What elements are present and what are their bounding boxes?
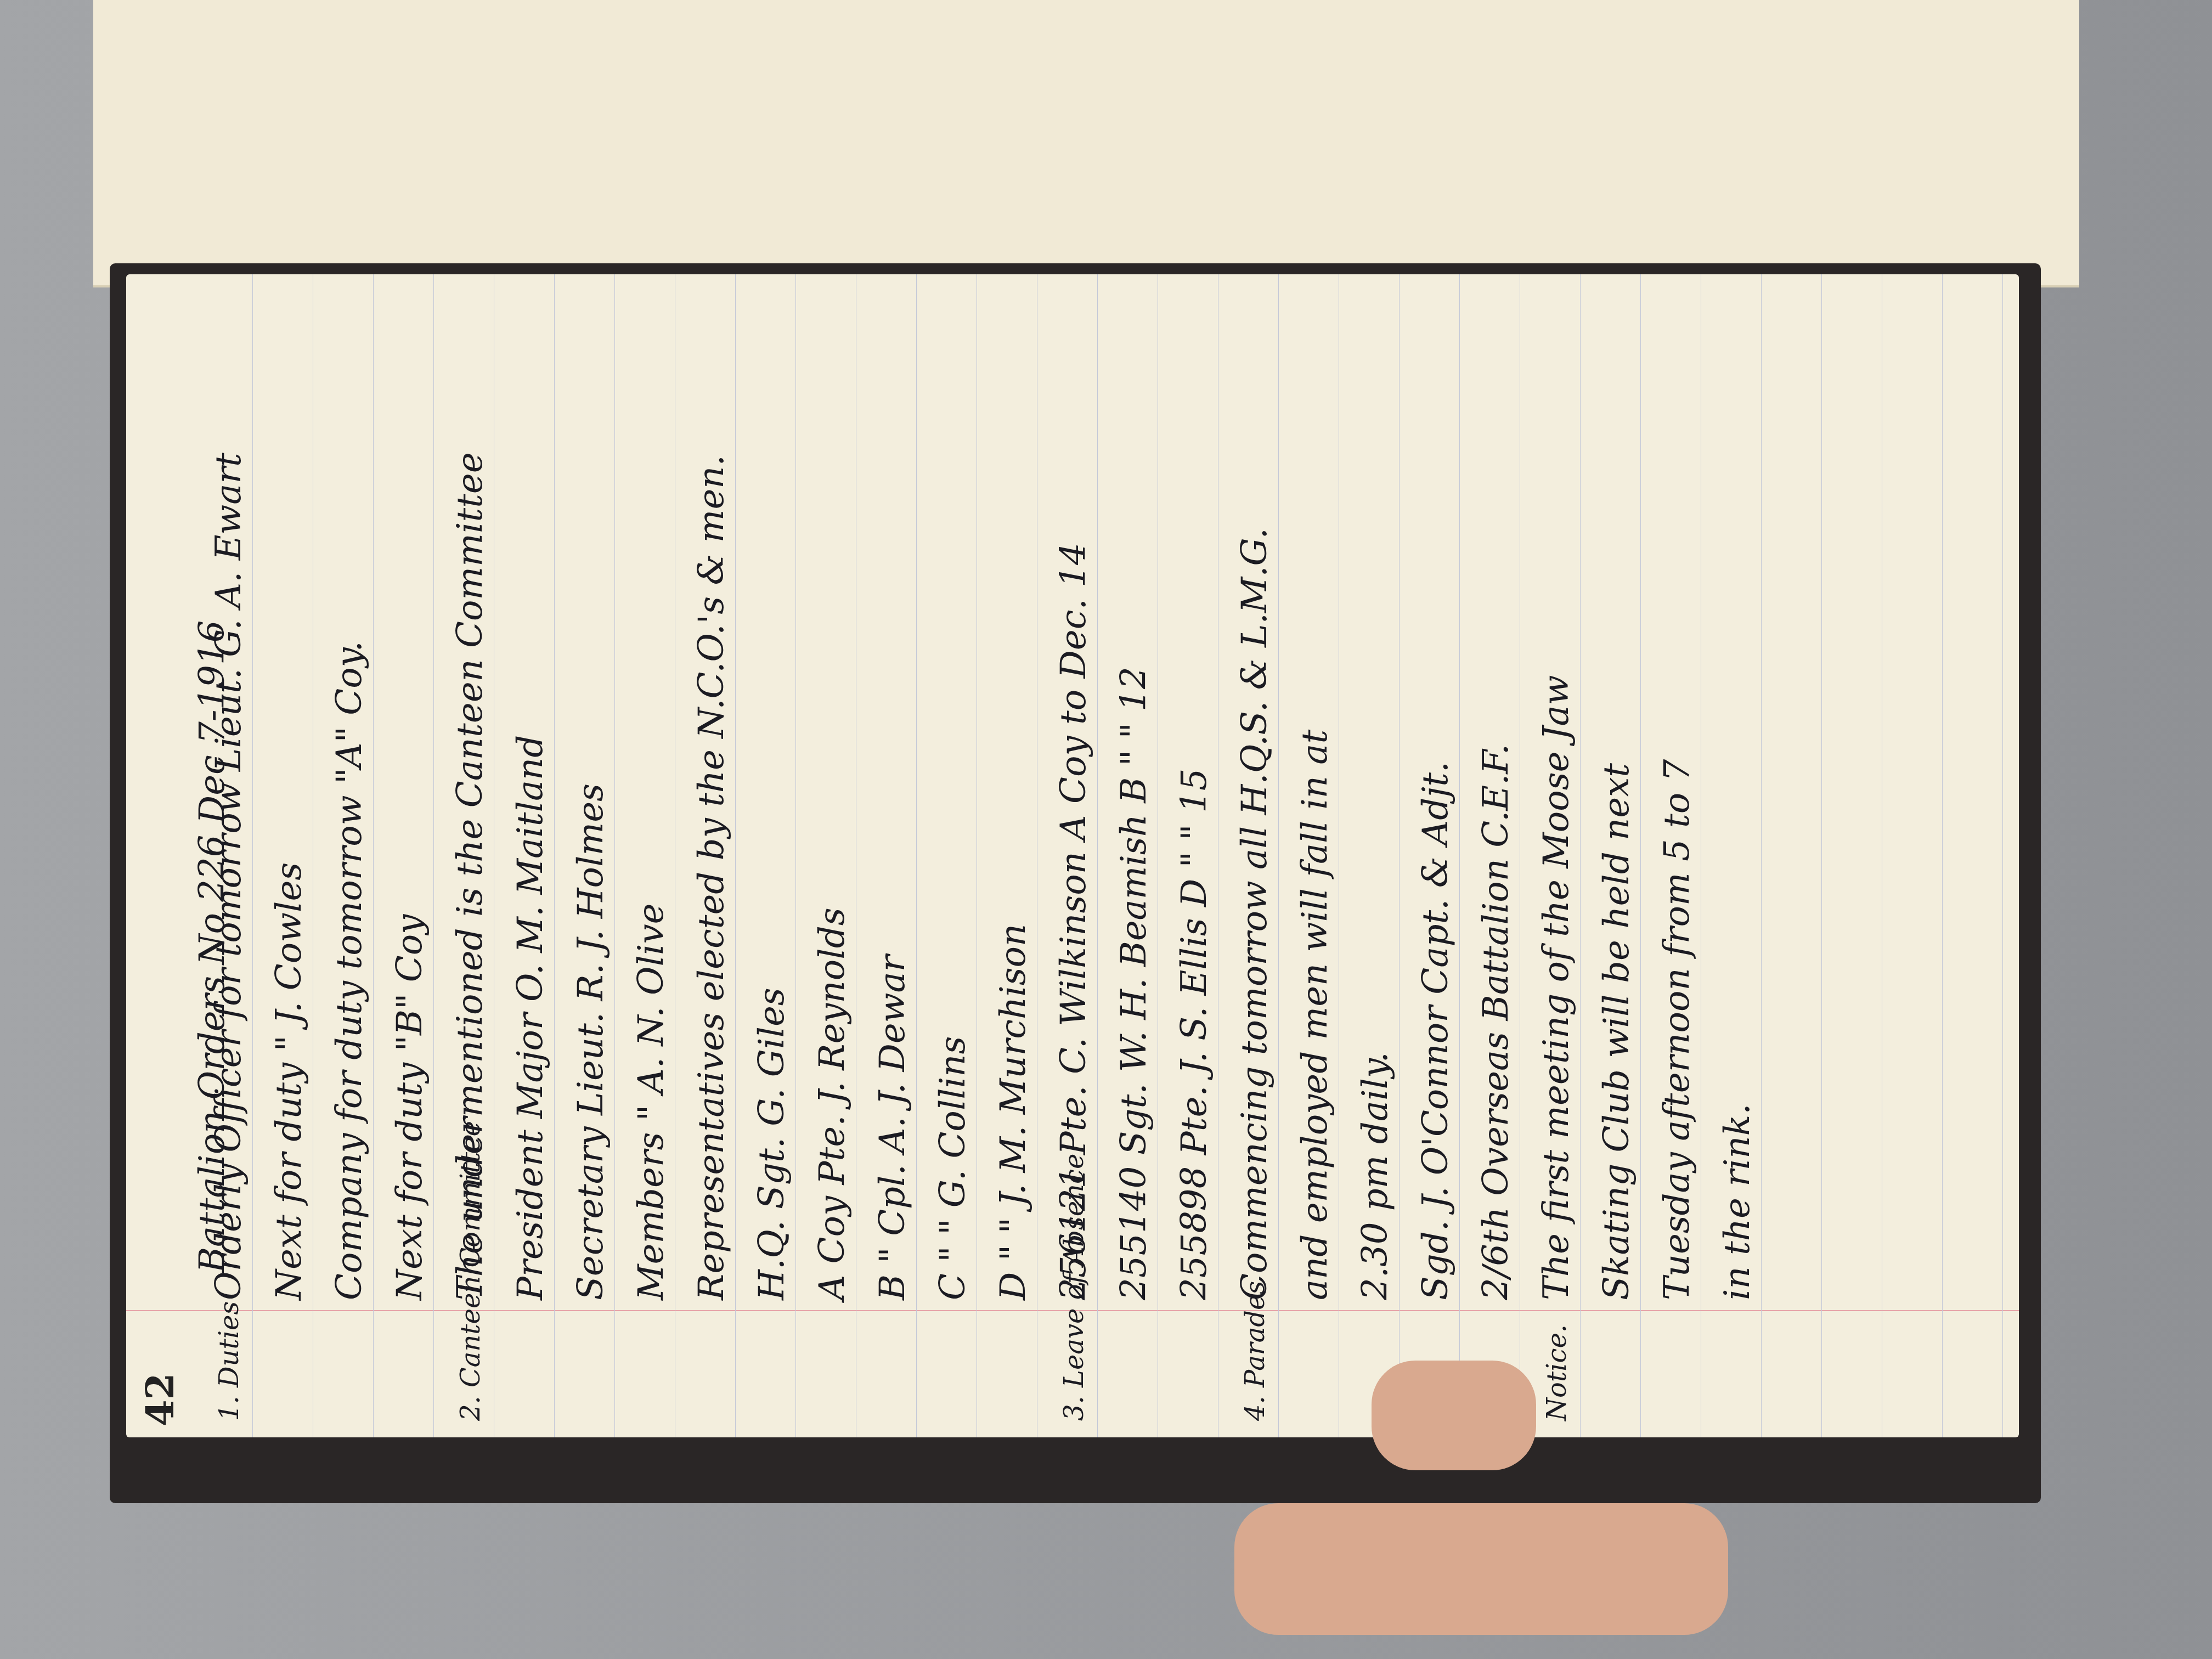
ruled-line xyxy=(675,274,675,1437)
handwritten-line: C " " G. Collins xyxy=(933,1036,973,1300)
ruled-line xyxy=(977,274,977,1437)
ruled-line xyxy=(1701,274,1701,1437)
ruled-line xyxy=(1821,274,1822,1437)
handwritten-line: Company for duty tomorrow "A" Coy. xyxy=(329,641,370,1300)
ruled-line xyxy=(1158,274,1158,1437)
ruled-line xyxy=(1761,274,1762,1437)
ruled-line xyxy=(1942,274,1943,1437)
handwritten-line: in the rink. xyxy=(1717,1103,1758,1300)
handwritten-line: Commencing tomorrow all H.Q.S. & L.M.G. xyxy=(1234,528,1275,1300)
section-label: Notice. xyxy=(1542,1324,1572,1421)
page-number: 42 xyxy=(137,1373,183,1426)
ruled-line xyxy=(1218,274,1218,1437)
ruled-line xyxy=(433,274,434,1437)
section-label: 4. Parades xyxy=(1240,1281,1271,1421)
handwritten-line: Tuesday afternoon from 5 to 7 xyxy=(1657,759,1697,1300)
handwritten-line: Orderly Officer for tomorrow Lieut. G. A… xyxy=(208,453,249,1300)
ruled-line xyxy=(373,274,374,1437)
section-label: 1. Duties xyxy=(214,1301,245,1421)
handwritten-line: H.Q. Sgt. G. Giles xyxy=(752,988,792,1300)
handwritten-line: Members " A. N. Olive xyxy=(631,904,672,1300)
rotated-content: 42 Battalion Orders No 226 Dec 7-1916 1.… xyxy=(126,274,2019,1437)
ledger-page: 42 Battalion Orders No 226 Dec 7-1916 1.… xyxy=(126,274,2019,1437)
ruled-line xyxy=(1097,274,1098,1437)
handwritten-line: D " " J. M. Murchison xyxy=(993,924,1034,1300)
handwritten-line: 256121 Pte. C. Wilkinson A Coy to Dec. 1… xyxy=(1053,543,1094,1300)
facing-page xyxy=(93,0,2079,287)
ruled-line xyxy=(1459,274,1460,1437)
ruled-line xyxy=(1580,274,1581,1437)
handwritten-line: 2.30 pm daily. xyxy=(1355,1052,1396,1300)
ruled-line xyxy=(313,274,313,1437)
ruled-line xyxy=(554,274,555,1437)
handwritten-line: A Coy Pte. J. Reynolds xyxy=(812,907,853,1300)
finger xyxy=(1372,1361,1536,1470)
handwritten-line: 255898 Pte. J. S. Ellis D " " 15 xyxy=(1174,768,1215,1300)
ruled-line xyxy=(2002,274,2003,1437)
handwritten-line: Sgd. J. O'Connor Capt. & Adjt. xyxy=(1415,761,1456,1300)
handwritten-line: and employed men will fall in at xyxy=(1295,730,1335,1300)
ruled-line xyxy=(856,274,856,1437)
ruled-line xyxy=(252,274,253,1437)
handwritten-line: B " Cpl. A. J. Dewar xyxy=(872,955,913,1300)
handwritten-line: The first meeting of the Moose Jaw xyxy=(1536,675,1577,1300)
ruled-line xyxy=(1520,274,1520,1437)
handwritten-line: Skating Club will be held next xyxy=(1596,763,1637,1300)
handwritten-line: Next for duty " J. Cowles xyxy=(269,862,309,1300)
ruled-line xyxy=(735,274,736,1437)
ruled-line xyxy=(795,274,796,1437)
ruled-line xyxy=(1399,274,1400,1437)
ruled-line xyxy=(494,274,494,1437)
ruled-line xyxy=(614,274,615,1437)
handwritten-line: The undermentioned is the Canteen Commit… xyxy=(450,452,490,1300)
ruled-line xyxy=(1339,274,1339,1437)
ruled-line xyxy=(1882,274,1882,1437)
ruled-line xyxy=(1278,274,1279,1437)
handwritten-line: Secretary Lieut. R. J. Holmes xyxy=(571,783,611,1300)
ruled-line xyxy=(1640,274,1641,1437)
handwritten-line: Next for duty "B" Coy xyxy=(390,915,430,1301)
ruled-line xyxy=(1037,274,1037,1437)
handwritten-line: 2/6th Overseas Battalion C.E.F. xyxy=(1476,744,1516,1300)
hand xyxy=(1234,1503,1728,1635)
ruled-line xyxy=(916,274,917,1437)
handwritten-line: Representatives elected by the N.C.O.'s … xyxy=(691,455,732,1300)
handwritten-line: 255140 Sgt. W. H. Beamish B " " 12 xyxy=(1114,667,1154,1300)
handwritten-line: President Major O. M. Maitland xyxy=(510,735,551,1300)
